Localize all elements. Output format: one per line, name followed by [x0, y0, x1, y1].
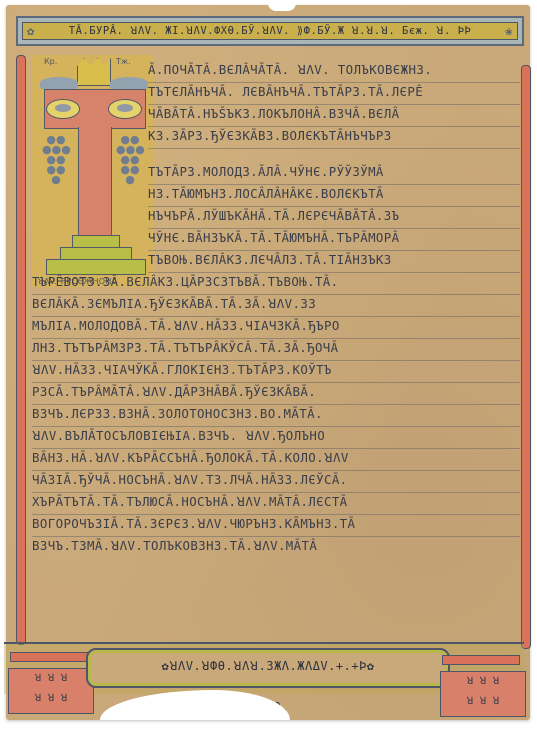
grapes-icon: ●●●●●●●●●● — [42, 135, 70, 203]
pedestal-block: ꓤ ꓤ ꓤ ꓤ ꓤ ꓤ — [8, 668, 94, 714]
text-line: ЧЎНЄ.ВĀНЗЪКĀ.ТĀ.ТĀЮМЪНĀ.ТЪРĀМОРÂ — [148, 228, 520, 251]
text-line: НЪЧЪРĀ.ЛЎШЪКĀНĀ.ТĀ.ЛЄРЄЧĀВĀТÂ.ЗЪ — [148, 206, 520, 229]
title-band-inner: ✿ ТĀ.БУРÂ. ꓤΛV. ЖI.ꓤΛV.ФХѲ.БЎ.ꓤΛV. ⟫Ф.БЎ… — [22, 22, 518, 40]
left-pedestal: ꓤ ꓤ ꓤ ꓤ ꓤ ꓤ — [8, 652, 92, 712]
text-line: ХЪРĀТЪТĀ.ТĀ.ТЪЛЮСĀ.НОСЪНĀ.ꓤΛV.МĀТÂ.ЛЄСТĀ — [32, 492, 520, 515]
crown-icon — [77, 58, 111, 86]
text-line: ꓤΛV.НĀЗЗ.ЧІАЧЎКĀ.ГЛОКІЄНЗ.ТЪТĀРЗ.КОЎТЪ — [32, 360, 520, 383]
text-line: ВЗЧЪ.ЛЄРЗЗ.ВЗНĀ.ЗОЛОТОНОСЗНЗ.ВО.МĀТÂ. — [32, 404, 520, 427]
illuminated-initial: Кр. Тж. ●●●●●●●●●● ●●●●●●●●●● ꓤΛV. ЂРСЄЖ… — [32, 55, 154, 287]
grapes-icon: ●●●●●●●●●● — [116, 135, 144, 203]
eye-icon — [46, 99, 80, 119]
text-line: ВЄЛÂКĀ.ЗЄМЪЛІА.ЂЎЄЗКĀВĀ.ТĀ.ЗĀ.ꓤΛV.ЗЗ — [32, 294, 520, 317]
illustration-label-left: Кр. — [44, 57, 57, 66]
text-line: ВĀНЗ.НĀ.ꓤΛV.КЪРĀССЪНĀ.ЂОЛОКĀ.ТĀ.КОЛО.ꓤΛV — [32, 448, 520, 471]
text-line: ЧĀЗІĀ.ЂЎЧĀ.НОСЪНĀ.ꓤΛV.ТЗ.ЛЧĀ.НĀЗЗ.ЛЄЎСĀ. — [32, 470, 520, 493]
pedestal-glyphs: ꓤ ꓤ ꓤ — [441, 692, 525, 712]
rosette-icon: ❀ — [505, 24, 513, 38]
left-border-rail — [16, 55, 26, 645]
text-line: ТЪТĀРЗ.МОЛОДЗ.ĀЛÂ.ЧЎНЄ.РЎЎЗЎМÂ — [148, 162, 520, 185]
title-text: ТĀ.БУРÂ. ꓤΛV. ЖI.ꓤΛV.ФХѲ.БЎ.ꓤΛV. ⟫Ф.БЎ.Ж… — [69, 25, 471, 37]
text-line: ТЪТЄЛĀНЪЧĀ. ЛЄВĀНЪЧĀ.ТЪТĀРЗ.ТĀ.ЛЄРÊ — [148, 82, 520, 105]
text-line: ВЗЧЪ.ТЗМĀ.ꓤΛV.ТОЛЪКОВЗНЗ.ТĀ.ꓤΛV.МĀТÂ — [32, 536, 520, 558]
letter-t-stem — [78, 127, 112, 236]
manuscript-page: ✿ ТĀ.БУРÂ. ꓤΛV. ЖI.ꓤΛV.ФХѲ.БЎ.ꓤΛV. ⟫Ф.БЎ… — [6, 5, 530, 720]
title-band: ✿ ТĀ.БУРÂ. ꓤΛV. ЖI.ꓤΛV.ФХѲ.БЎ.ꓤΛV. ⟫Ф.БЎ… — [16, 16, 524, 46]
pedestal-glyphs: ꓤ ꓤ ꓤ — [9, 669, 93, 689]
pedestal-top-bar — [442, 655, 520, 665]
bottom-cartouche: ✿ꓤΛV.ꓤФѲ.ꓤΛꓤ.ЗЖΛ.ЖΛΔV.+.+Þ✿ — [86, 648, 450, 688]
text-line: МЪЛІА.МОЛОДОВĀ.ТĀ.ꓤΛV.НĀЗЗ.ЧІАЧЗКĀ.ЂЪРО — [32, 316, 520, 339]
text-line: НЗ.ТĀЮМЪНЗ.ЛОСÂЛÂНÂКЄ.ВОЛЄКЪТĀ — [148, 184, 520, 207]
text-line: ТЪРÊВОТЗ.ЗĀ.ВЄЛÂКЗ.ЦĀРЗСЗТЪВĀ.ТЪВОЊ.ТĀ. — [32, 272, 520, 295]
pedestal-top-bar — [10, 652, 88, 662]
leaf-icon — [40, 77, 78, 89]
pedestal-glyphs: ꓤ ꓤ ꓤ — [441, 672, 525, 692]
text-line: ВОГОРОЧЪЗІĀ.ТĀ.ЗЄРЄЗ.ꓤΛV.ЧЮРЪНЗ.КĀМЪНЗ.Т… — [32, 514, 520, 537]
leaf-icon — [110, 77, 148, 89]
rosette-icon: ✿ — [27, 24, 35, 38]
eye-icon — [108, 99, 142, 119]
right-pedestal: ꓤ ꓤ ꓤ ꓤ ꓤ ꓤ — [440, 655, 524, 715]
text-line: КЗ.ЗĀРЗ.ЂЎЄЗКĀВЗ.ВОЛЄКЪТĀНЪЧЪРЗ — [148, 126, 520, 149]
page-notch — [268, 3, 296, 11]
pedestal-glyphs: ꓤ ꓤ ꓤ — [9, 689, 93, 709]
pedestal-block: ꓤ ꓤ ꓤ ꓤ ꓤ ꓤ — [440, 671, 526, 717]
text-line: ЛНЗ.ТЪТЪРÂМЗРЗ.ТĀ.ТЪТЪРÂКЎСÂ.ТĀ.ЗĀ.ЂОЧĀ — [32, 338, 520, 361]
illustration-label-right: Тж. — [116, 57, 131, 66]
text-line: Ā.ПОЧĀТÂ.ВЄЛÂЧĀТÂ. ꓤΛV. ТОЛЪКОВЄЖНЗ. — [148, 60, 520, 83]
text-line: ЧĀВĀТÂ.НЪŠЪКЗ.ЛОКЪЛОНÂ.ВЗЧÂ.ВЄЛÂ — [148, 104, 520, 127]
right-border-rail — [521, 65, 531, 649]
text-line: РЗСĀ.ТЪРÂМĀТÂ.ꓤΛV.ДĀРЗНĀВĀ.ЂЎЄЗКĀВĀ. — [32, 382, 520, 405]
text-line: ТЪВОЊ.ВЄЛÂКЗ.ЛЄЧĀЛЗ.ТĀ.ТІĀНЗЪКЗ — [148, 250, 520, 273]
text-line: ꓤΛV.ВЪЛĀТОСЪЛОВІЄЊІА.ВЗЧЪ. ꓤΛV.ЂОЛЪНО — [32, 426, 520, 449]
cartouche-text: ✿ꓤΛV.ꓤФѲ.ꓤΛꓤ.ЗЖΛ.ЖΛΔV.+.+Þ✿ — [88, 659, 448, 673]
